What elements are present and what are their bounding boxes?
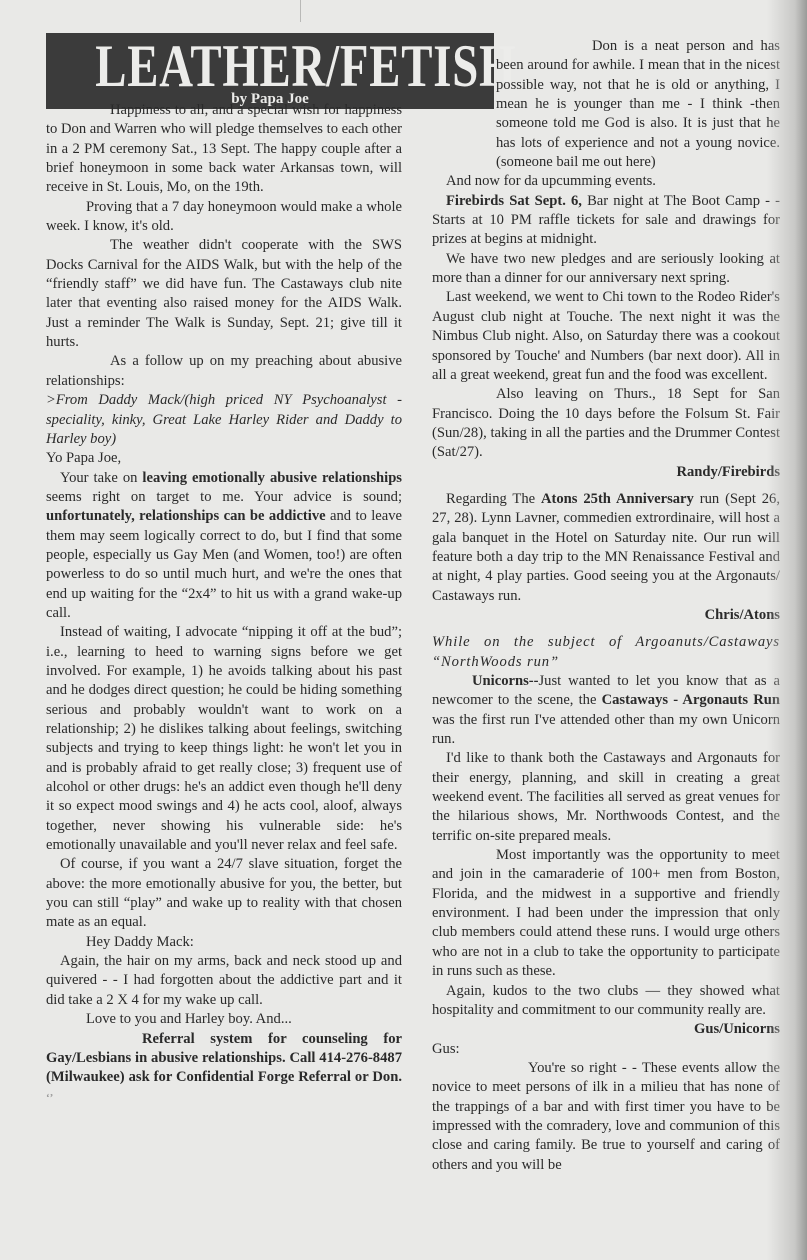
paragraph: Regarding The Atons 25th Anniversary run… — [432, 490, 780, 606]
referral-notice: Referral system for counseling for Gay/L… — [46, 1030, 402, 1108]
paragraph: Don is a neat person and has been around… — [496, 37, 780, 172]
column-title: LEATHER/FETISH — [95, 37, 444, 95]
paragraph: As a follow up on my preaching about abu… — [46, 352, 402, 391]
quoted-letter-header: >From Daddy Mack/(high priced NY Psychoa… — [46, 391, 402, 449]
right-column: Don is a neat person and has been around… — [432, 37, 780, 1175]
paragraph: Proving that a 7 day honeymoon would mak… — [46, 198, 402, 237]
paragraph: Of course, if you want a 24/7 slave situ… — [46, 855, 402, 932]
ink-smudge: ‘’ — [46, 1092, 53, 1104]
emphasis: Castaways - Argonauts Run — [602, 692, 780, 708]
salutation: Yo Papa Joe, — [46, 449, 402, 468]
column-divider-mark — [300, 0, 301, 22]
emphasis: Unicorns-- — [472, 673, 538, 689]
paragraph: I'd like to thank both the Castaways and… — [432, 749, 780, 846]
paragraph: Your take on leaving emotionally abusive… — [46, 469, 402, 624]
paragraph: Also leaving on Thurs., 18 Sept for San … — [432, 385, 780, 462]
paragraph: Again, the hair on my arms, back and nec… — [46, 952, 402, 1010]
signature: Randy/Firebirds — [432, 463, 780, 482]
paragraph: Happiness to all, and a special wish for… — [46, 101, 402, 198]
section-subheading: While on the subject of Argoanuts/Castaw… — [432, 633, 780, 672]
paragraph: And now for da upcumming events. — [432, 172, 780, 191]
signature: Gus/Unicorns — [432, 1020, 780, 1039]
paragraph: Last weekend, we went to Chi town to the… — [432, 288, 780, 385]
paragraph: Unicorns--Just wanted to let you know th… — [432, 672, 780, 749]
paragraph: The weather didn't cooperate with the SW… — [46, 236, 402, 352]
left-column: Happiness to all, and a special wish for… — [46, 101, 402, 1108]
emphasis: Atons 25th Anniversary — [541, 491, 694, 507]
salutation: Gus: — [432, 1040, 780, 1059]
paragraph: You're so right - - These events allow t… — [432, 1059, 780, 1175]
event-title: Firebirds Sat Sept. 6, — [446, 193, 582, 209]
salutation: Hey Daddy Mack: — [46, 933, 402, 952]
emphasis: leaving emotionally abusive relationship… — [142, 470, 402, 486]
signature: Chris/Atons — [432, 606, 780, 625]
emphasis: unfortunately, relationships can be addi… — [46, 508, 326, 524]
masthead-banner: LEATHER/FETISH by Papa Joe — [46, 33, 494, 109]
paragraph: Instead of waiting, I advocate “nipping … — [46, 623, 402, 855]
paragraph: We have two new pledges and are seriousl… — [432, 250, 780, 289]
paragraph: Love to you and Harley boy. And... — [46, 1010, 402, 1029]
paragraph: Again, kudos to the two clubs — they sho… — [432, 982, 780, 1021]
paragraph: Most importantly was the opportunity to … — [432, 846, 780, 981]
event-listing: Firebirds Sat Sept. 6, Bar night at The … — [432, 192, 780, 250]
